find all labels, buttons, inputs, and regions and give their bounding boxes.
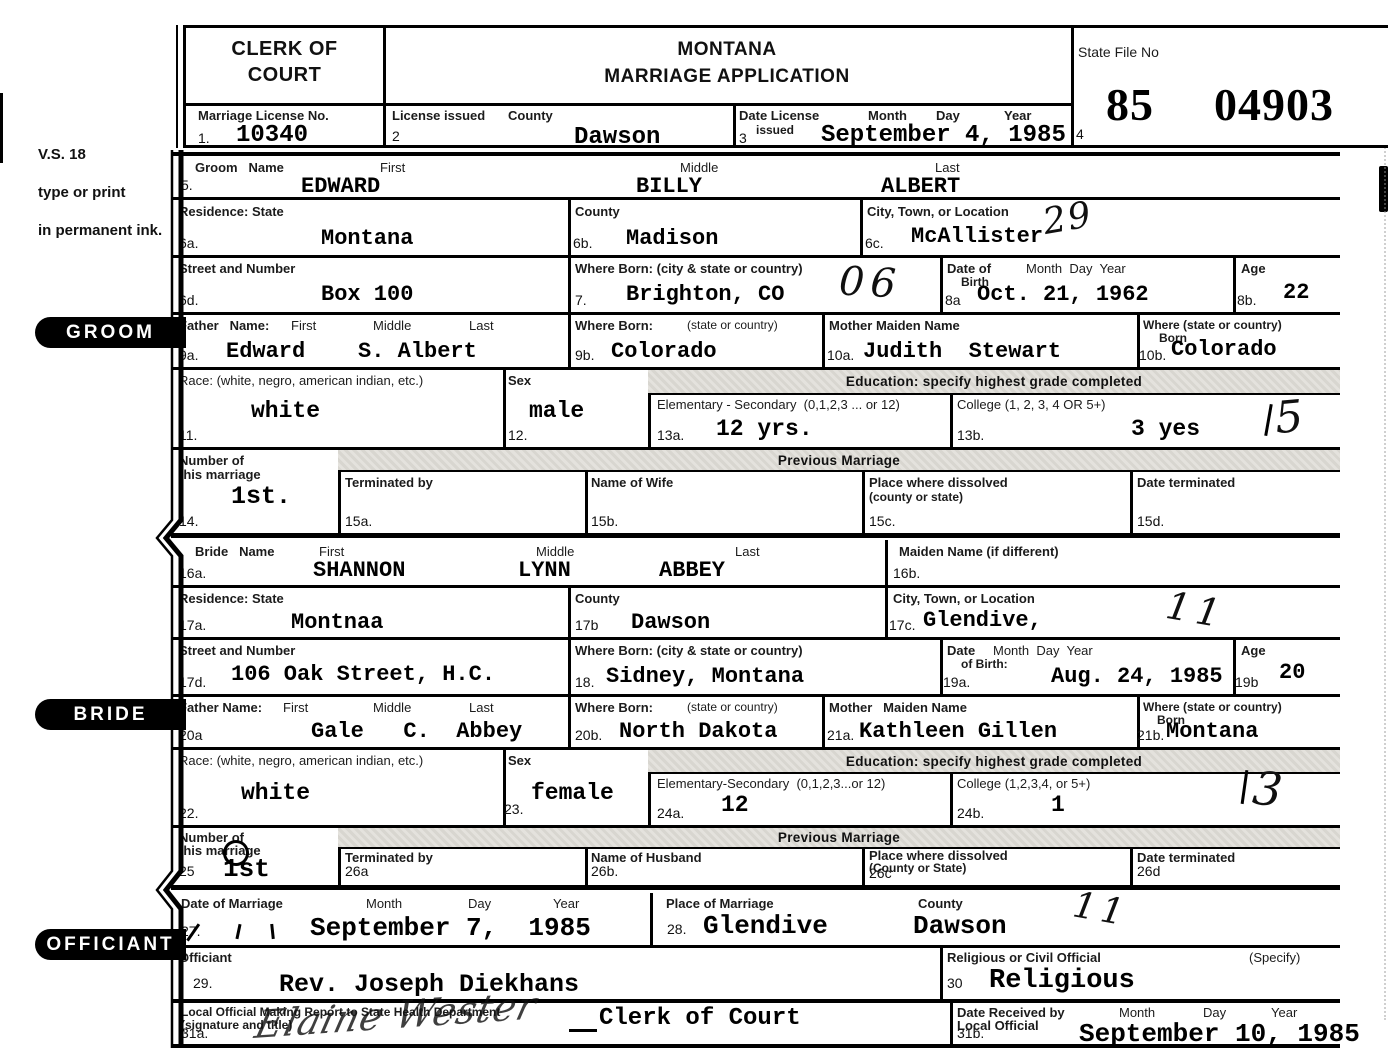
groom-college-value: 3 yes xyxy=(1131,416,1200,442)
bride-race-education-row: Education: specify highest grade complet… xyxy=(171,750,1340,828)
tab-officiant-label: OFFICIANT xyxy=(46,934,174,956)
previous-marriage-header: Previous Marriage xyxy=(778,453,900,468)
bride-parents-row: Father Name: First Middle Last 20a Gale … xyxy=(171,697,1340,750)
divider xyxy=(940,948,943,999)
item-22: 22. xyxy=(179,805,198,821)
note-line3: in permanent ink. xyxy=(38,221,162,240)
groom-race-value: white xyxy=(251,398,320,424)
groom-last-name-value: ALBERT xyxy=(881,174,960,199)
bride-mother-label: Mother Maiden Name xyxy=(829,700,967,715)
bride-middle-name-value: LYNN xyxy=(518,558,571,583)
divider xyxy=(568,315,571,367)
groom-age-label: Age xyxy=(1241,261,1266,276)
scan-dotted-edge xyxy=(1384,40,1386,1020)
father-first-label: First xyxy=(283,700,308,715)
marriage-license-no-label: Marriage License No. xyxy=(198,108,329,123)
father-middle-label: Middle xyxy=(373,318,411,333)
previous-marriage-strip: Previous Marriage xyxy=(338,828,1340,849)
item-11: 11. xyxy=(179,427,197,443)
handwritten-11: 11 xyxy=(1163,583,1230,637)
bride-first-name-value: SHANNON xyxy=(313,558,405,583)
place-dissolved-label2: (county or state) xyxy=(869,490,963,504)
item-6c: 6c. xyxy=(865,235,884,251)
groom-father-born-label: Where Born: xyxy=(575,318,653,333)
divider xyxy=(950,772,953,825)
received-year-label: Year xyxy=(1271,1005,1297,1020)
item-5: 5. xyxy=(181,177,193,193)
item-16a: 16a. xyxy=(179,565,206,581)
divider xyxy=(860,200,863,255)
bride-dob-label2: of Birth: xyxy=(961,657,1008,671)
groom-residence-state-label: Residence: State xyxy=(179,204,284,219)
pen-stroke xyxy=(1241,770,1248,804)
tab-bride: BRIDE xyxy=(35,699,186,730)
note-line1: V.S. 18 xyxy=(38,145,162,164)
local-official-row: Local Official Making Report to State He… xyxy=(171,1003,1340,1048)
groom-mother-value: Judith Stewart xyxy=(863,339,1061,364)
clerk-of-court-line1: CLERK OF xyxy=(186,38,383,61)
groom-first-name-value: EDWARD xyxy=(301,174,380,199)
bride-elementary-value: 12 xyxy=(721,792,749,818)
bride-residence-row: Residence: State 17a. Montnaa County 17b… xyxy=(171,588,1340,640)
education-header-strip: Education: specify highest grade complet… xyxy=(648,750,1340,774)
item-24a: 24a. xyxy=(657,805,684,821)
groom-where-born-value: Brighton, CO xyxy=(626,282,784,307)
handwritten-29: 29 xyxy=(1040,194,1096,243)
pen-mark xyxy=(235,924,241,939)
item-26a: 26a xyxy=(345,863,368,879)
divider xyxy=(885,588,888,637)
item-26c: 26c xyxy=(869,865,892,881)
groom-college-label: College (1, 2, 3, 4 OR 5+) xyxy=(957,397,1106,412)
bride-where-born-value: Sidney, Montana xyxy=(606,664,804,689)
item-8b: 8b. xyxy=(1237,292,1256,308)
item-15c: 15c. xyxy=(869,513,895,529)
bride-residence-state-value: Montnaa xyxy=(291,610,383,635)
date-of-marriage-value: September 7, 1985 xyxy=(310,913,591,943)
divider xyxy=(862,847,865,885)
divider xyxy=(568,588,571,637)
divider xyxy=(822,315,825,367)
bride-residence-state-label: Residence: State xyxy=(179,591,284,606)
scan-edge-mark xyxy=(0,93,3,163)
bride-city-label: City, Town, or Location xyxy=(893,591,1035,606)
tab-groom-label: GROOM xyxy=(66,322,155,344)
item-10a: 10a. xyxy=(827,347,854,363)
bride-dob-cols-label: Month Day Year xyxy=(993,643,1093,658)
handwritten-3: 3 xyxy=(1250,761,1285,818)
groom-county-value: Madison xyxy=(626,226,718,251)
handwritten-5: 5 xyxy=(1273,391,1305,444)
received-day-label: Day xyxy=(1203,1005,1226,1020)
header-hline xyxy=(186,103,1071,106)
divider xyxy=(1130,847,1133,885)
item-8a: 8a xyxy=(945,292,961,308)
header-divider-2 xyxy=(1071,28,1074,145)
place-dissolved-label1: Place where dissolved xyxy=(869,475,1008,490)
groom-street-label: Street and Number xyxy=(179,261,295,276)
bride-marriage-number-value: 1st xyxy=(223,854,270,884)
item-17b: 17b xyxy=(575,617,598,633)
item-6a: 6a. xyxy=(179,235,198,251)
signature-underline xyxy=(569,1029,597,1032)
groom-marriage-number-value: 1st. xyxy=(231,482,291,511)
father-first-label: First xyxy=(291,318,316,333)
groom-middle-label: Middle xyxy=(680,160,718,175)
officiant-row: Officiant 29. Rev. Joseph Diekhans Relig… xyxy=(171,948,1340,1003)
specify-label: (Specify) xyxy=(1249,950,1300,965)
clerk-of-court-typed: Clerk of Court xyxy=(599,1005,801,1032)
item-17c: 17c. xyxy=(889,617,915,633)
item-26d: 26d xyxy=(1137,863,1160,879)
item-6b: 6b. xyxy=(573,235,592,251)
groom-previous-marriage-row: Previous Marriage Number of this marriag… xyxy=(171,450,1340,538)
item-29: 29. xyxy=(193,975,212,991)
item-19b: 19b xyxy=(1235,674,1258,690)
item-17a: 17a. xyxy=(179,617,206,633)
bride-sex-label: Sex xyxy=(508,753,531,768)
item-10b: 10b. xyxy=(1139,347,1166,363)
item-21a: 21a. xyxy=(827,727,854,743)
terminated-by-label: Terminated by xyxy=(345,475,433,490)
bride-street-value: 106 Oak Street, H.C. xyxy=(231,662,495,687)
tab-officiant: OFFICIANT xyxy=(35,929,186,960)
clerk-of-court-line2: COURT xyxy=(186,64,383,87)
item-24b: 24b. xyxy=(957,805,984,821)
item-31b: 31b. xyxy=(957,1025,984,1041)
groom-age-value: 22 xyxy=(1283,280,1309,305)
item-15a: 15a. xyxy=(345,513,372,529)
item-15d: 15d. xyxy=(1137,513,1164,529)
groom-mother-label: Mother Maiden Name xyxy=(829,318,960,333)
groom-sex-label: Sex xyxy=(508,373,531,388)
divider xyxy=(585,470,588,533)
groom-city-label: City, Town, or Location xyxy=(867,204,1009,219)
bride-county-label: County xyxy=(575,591,620,606)
bride-race-value: white xyxy=(241,780,310,806)
date-license-label2: issued xyxy=(756,123,794,137)
father-last-label: Last xyxy=(469,700,494,715)
bride-mother-born-value: Montana xyxy=(1166,719,1258,744)
bride-last-name-value: ABBEY xyxy=(659,558,725,583)
bride-father-born-label: Where Born: xyxy=(575,700,653,715)
date-of-marriage-label: Date of Marriage xyxy=(181,896,283,911)
groom-residence-row: Residence: State 6a. Montana County 6b. … xyxy=(171,200,1340,258)
divider xyxy=(568,258,571,312)
groom-street-value: Box 100 xyxy=(321,282,413,307)
item-17d: 17d. xyxy=(179,674,206,690)
date-license-year-label: Year xyxy=(1004,108,1031,123)
tab-groom: GROOM xyxy=(35,317,186,348)
item-21b: 21b. xyxy=(1137,727,1164,743)
item-20b: 20b. xyxy=(575,727,602,743)
date-license-day-label: Day xyxy=(936,108,960,123)
item-25: 25 xyxy=(179,863,195,879)
date-terminated-label: Date terminated xyxy=(1137,475,1235,490)
state-file-serial: 04903 xyxy=(1214,78,1334,131)
divider xyxy=(1130,470,1133,533)
groom-father-value: Edward S. Albert xyxy=(226,339,477,364)
groom-name-row: Groom Name First Middle Last 5. EDWARD B… xyxy=(171,152,1340,200)
bride-mother-value: Kathleen Gillen xyxy=(859,719,1057,744)
previous-marriage-header: Previous Marriage xyxy=(778,830,900,845)
groom-parents-row: Father Name: First Middle Last 9a. Edwar… xyxy=(171,315,1340,370)
bride-elementary-label: Elementary-Secondary (0,1,2,3...or 12) xyxy=(657,776,885,791)
marriage-day-label: Day xyxy=(468,896,491,911)
permanent-ink-note: V.S. 18 type or print in permanent ink. xyxy=(38,126,162,259)
item-16b: 16b. xyxy=(893,565,920,581)
bride-last-label: Last xyxy=(735,544,760,559)
pen-stroke xyxy=(1264,404,1272,436)
father-middle-label: Middle xyxy=(373,700,411,715)
place-of-marriage-label: Place of Marriage xyxy=(666,896,774,911)
header-double-border xyxy=(176,25,178,148)
education-header-strip: Education: specify highest grade complet… xyxy=(648,370,1340,395)
item-26b: 26b. xyxy=(591,863,618,879)
item-9b: 9b. xyxy=(575,347,594,363)
groom-elementary-value: 12 yrs. xyxy=(716,416,813,442)
item-28: 28. xyxy=(667,921,686,937)
marriage-county-label: County xyxy=(918,896,963,911)
bride-county-value: Dawson xyxy=(631,610,710,635)
groom-name-label: Groom Name xyxy=(195,160,284,175)
bride-race-label: Race: (white, negro, american indian, et… xyxy=(179,753,423,768)
item-13a: 13a. xyxy=(657,427,684,443)
groom-middle-name-value: BILLY xyxy=(636,174,702,199)
tab-bride-label: BRIDE xyxy=(73,704,147,726)
groom-first-label: First xyxy=(380,160,405,175)
groom-elementary-label: Elementary - Secondary (0,1,2,3 ... or 1… xyxy=(657,397,900,412)
handwritten-06: 06 xyxy=(838,258,903,307)
bride-middle-label: Middle xyxy=(536,544,574,559)
bride-age-value: 20 xyxy=(1279,660,1305,685)
received-month-label: Month xyxy=(1119,1005,1155,1020)
item-1: 1. xyxy=(198,130,210,146)
groom-residence-state-value: Montana xyxy=(321,226,413,251)
item-18: 18. xyxy=(575,674,594,690)
groom-street-born-row: Street and Number 6d. Box 100 Where Born… xyxy=(171,258,1340,315)
divider xyxy=(822,697,825,747)
groom-dob-value: Oct. 21, 1962 xyxy=(977,282,1149,307)
bride-street-label: Street and Number xyxy=(179,643,295,658)
divider xyxy=(568,640,571,694)
item-15b: 15b. xyxy=(591,513,618,529)
marriage-year-label: Year xyxy=(553,896,579,911)
father-last-label: Last xyxy=(469,318,494,333)
state-file-no-label: State File No xyxy=(1078,44,1159,60)
item-7: 7. xyxy=(575,292,587,308)
groom-race-education-row: Education: specify highest grade complet… xyxy=(171,370,1340,450)
groom-father-label: Father Name: xyxy=(179,318,269,333)
groom-sex-value: male xyxy=(529,398,584,424)
divider xyxy=(503,370,506,447)
religious-civil-label: Religious or Civil Official xyxy=(947,950,1101,965)
bride-first-label: First xyxy=(319,544,344,559)
item-2: 2 xyxy=(392,128,400,144)
bride-name-label: Bride Name xyxy=(195,544,274,559)
handwritten-11: 11 xyxy=(1070,884,1132,934)
item-19a: 19a. xyxy=(943,674,970,690)
groom-mother-born-label: Where (state or country) xyxy=(1143,318,1282,332)
bride-dob-label: Date xyxy=(947,643,975,658)
marriage-county-value: Dawson xyxy=(913,911,1007,941)
education-header: Education: specify highest grade complet… xyxy=(846,374,1142,389)
bride-name-row: Bride Name First Middle Last 16a. SHANNO… xyxy=(171,540,1340,588)
pen-mark xyxy=(270,924,274,939)
name-of-wife-label: Name of Wife xyxy=(591,475,673,490)
marriage-month-label: Month xyxy=(366,896,402,911)
header-divider-3 xyxy=(733,103,736,145)
form-header: CLERK OF COURT MONTANA MARRIAGE APPLICAT… xyxy=(183,25,1388,148)
divider xyxy=(950,393,953,447)
license-issued-label: License issued xyxy=(392,108,485,123)
form-title-line1: MONTANA xyxy=(383,39,1071,61)
groom-dob-label: Date of xyxy=(947,261,991,276)
divider xyxy=(568,697,571,747)
officiant-label: Officiant xyxy=(179,950,232,965)
item-31a: 31a. xyxy=(181,1025,208,1041)
groom-dob-cols-label: Month Day Year xyxy=(1026,261,1126,276)
form-title-line2: MARRIAGE APPLICATION xyxy=(383,66,1071,88)
bride-father-value: Gale C. Abbey xyxy=(311,719,522,744)
bride-mother-born-label: Where (state or country) xyxy=(1143,700,1282,714)
item-14: 14. xyxy=(179,513,198,529)
divider xyxy=(940,258,943,312)
date-license-label: Date License xyxy=(739,108,819,123)
license-issued-county-label: County xyxy=(508,108,553,123)
religious-civil-value: Religious xyxy=(989,966,1135,996)
note-line2: type or print xyxy=(38,183,162,202)
bride-father-born-value: North Dakota xyxy=(619,719,777,744)
item-13b: 13b. xyxy=(957,427,984,443)
divider xyxy=(862,470,865,533)
marriage-license-no-value: 10340 xyxy=(236,122,308,149)
groom-county-label: County xyxy=(575,204,620,219)
groom-father-born-label2: (state or country) xyxy=(687,318,778,332)
date-license-month-label: Month xyxy=(868,108,907,123)
bride-age-label: Age xyxy=(1241,643,1266,658)
bride-city-value: Glendive, xyxy=(923,608,1042,633)
divider xyxy=(1233,258,1236,312)
previous-marriage-strip: Previous Marriage xyxy=(338,450,1340,472)
item-3: 3 xyxy=(739,130,747,146)
groom-where-born-label: Where Born: (city & state or country) xyxy=(575,261,803,276)
divider xyxy=(585,847,588,885)
date-received-value: September 10, 1985 xyxy=(1079,1019,1360,1049)
marriage-date-place-row: Date of Marriage Month Day Year 27. Sept… xyxy=(171,893,1340,948)
item-9a: 9a. xyxy=(179,347,198,363)
education-header: Education: specify highest grade complet… xyxy=(846,754,1142,769)
maiden-name-label: Maiden Name (if different) xyxy=(899,544,1059,559)
groom-father-born-value: Colorado xyxy=(611,339,717,364)
divider xyxy=(885,540,888,585)
bride-father-label: Father Name: xyxy=(179,700,262,715)
scanned-marriage-application: V.S. 18 type or print in permanent ink. … xyxy=(0,0,1388,1050)
divider xyxy=(568,200,571,255)
bride-previous-marriage-row: Previous Marriage Number of this marriag… xyxy=(171,828,1340,890)
bride-college-value: 1 xyxy=(1051,792,1065,818)
date-license-issued-value: September 4, 1985 xyxy=(821,122,1066,149)
item-4: 4 xyxy=(1076,126,1084,142)
groom-last-label: Last xyxy=(935,160,960,175)
state-file-year: 85 xyxy=(1106,78,1154,131)
number-of-marriage-label2: this marriage xyxy=(179,467,261,482)
bride-sex-value: female xyxy=(531,780,614,806)
place-of-marriage-value: Glendive xyxy=(703,911,828,941)
bride-where-born-label: Where Born: (city & state or country) xyxy=(575,643,803,658)
divider xyxy=(950,1003,953,1044)
number-of-marriage-label1: Number of xyxy=(179,453,244,468)
bride-father-born-label2: (state or country) xyxy=(687,700,778,714)
groom-city-value: McAllister xyxy=(911,224,1043,249)
item-12: 12. xyxy=(508,427,527,443)
item-23: 23. xyxy=(504,801,523,817)
bride-college-label: College (1,2,3,4, or 5+) xyxy=(957,776,1090,791)
groom-mother-born-value: Colorado xyxy=(1171,337,1277,362)
item-6d: 6d. xyxy=(179,292,198,308)
groom-race-label: Race: (white, negro, american indian, et… xyxy=(179,373,423,388)
bride-street-born-row: Street and Number 17d. 106 Oak Street, H… xyxy=(171,640,1340,697)
bride-dob-value: Aug. 24, 1985 xyxy=(1051,664,1223,689)
license-issued-county-value: Dawson xyxy=(574,124,660,151)
divider xyxy=(650,893,653,945)
item-30: 30 xyxy=(947,975,963,991)
